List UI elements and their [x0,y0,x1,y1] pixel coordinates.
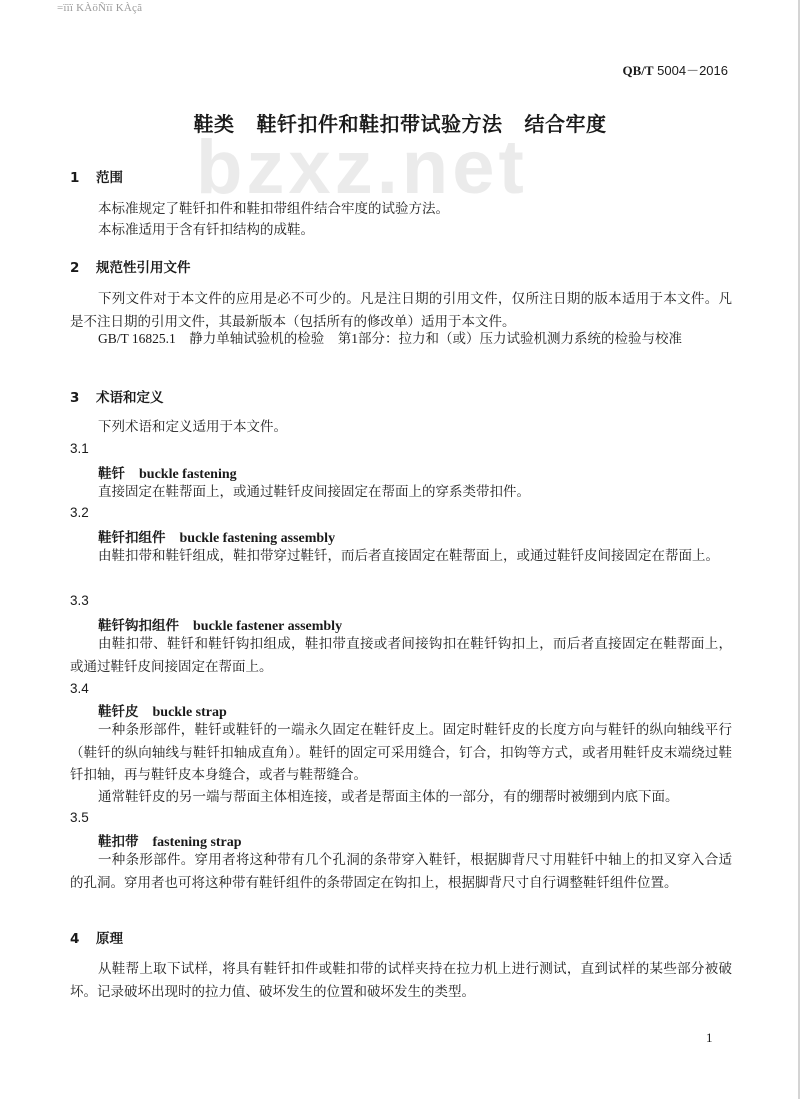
term-heading: 鞋钎扣组件buckle fastening assembly [98,526,335,547]
section-number: 2 [70,260,96,276]
term-en: buckle fastening [139,467,237,482]
watermark: bzxz.net [196,130,528,206]
section-title: 规范性引用文件 [96,260,191,276]
section-number: 3 [70,390,96,406]
section-title: 范围 [96,170,123,186]
term-en: buckle fastener assembly [193,619,342,634]
term-zh: 鞋扣带 [98,834,139,850]
scan-header-text: =ïïï KÀöÑïï KÀçã [57,2,142,14]
term-en: fastening strap [153,835,242,850]
section-2-para-1: 下列文件对于本文件的应用是必不可少的。凡是注日期的引用文件，仅所注日期的版本适用… [70,288,732,333]
section-2-heading: 2规范性引用文件 [70,256,191,276]
section-4-heading: 4原理 [70,927,123,947]
section-1-heading: 1范围 [70,166,123,186]
term-definition: 直接固定在鞋帮面上，或通过鞋钎皮间接固定在帮面上的穿系类带扣件。 [70,481,732,504]
standard-code: 5004－2016 [657,63,728,78]
term-en: buckle strap [153,705,227,720]
title-part-1: 鞋类 [194,112,235,136]
term-number: 3.2 [70,505,89,520]
title-part-3: 结合牢度 [525,112,607,136]
section-1-para-1: 本标准规定了鞋钎扣件和鞋扣带组件结合牢度的试验方法。 [70,198,732,221]
term-heading: 鞋扣带fastening strap [98,830,242,851]
section-title: 原理 [96,931,123,947]
section-number: 4 [70,931,96,947]
term-number: 3.4 [70,681,89,696]
standard-prefix: QB/T [622,63,653,78]
standard-number: QB/T 5004－2016 [622,60,728,79]
title-part-2: 鞋钎扣件和鞋扣带试验方法 [257,112,503,136]
term-zh: 鞋钎皮 [98,704,139,720]
section-3-heading: 3术语和定义 [70,386,164,406]
term-number: 3.5 [70,810,89,825]
term-heading: 鞋钎皮buckle strap [98,700,227,721]
term-en: buckle fastening assembly [180,531,336,546]
section-number: 1 [70,170,96,186]
term-note: 通常鞋钎皮的另一端与帮面主体相连接，或者是帮面主体的一部分，有的绷帮时被绷到内底… [70,786,732,809]
term-zh: 鞋钎扣组件 [98,530,166,546]
term-heading: 鞋钎buckle fastening [98,462,237,483]
term-definition: 由鞋扣带和鞋钎组成，鞋扣带穿过鞋钎，而后者直接固定在鞋帮面上，或通过鞋钎皮间接固… [70,545,732,568]
section-1-para-2: 本标准适用于含有钎扣结构的成鞋。 [70,219,732,242]
document-title: 鞋类鞋钎扣件和鞋扣带试验方法结合牢度 [0,108,800,137]
page-number: 1 [706,1030,713,1046]
section-3-para-1: 下列术语和定义适用于本文件。 [70,416,732,439]
section-title: 术语和定义 [96,390,164,406]
term-heading: 鞋钎钩扣组件buckle fastener assembly [98,614,342,635]
term-zh: 鞋钎钩扣组件 [98,618,179,634]
term-definition: 一种条形部件。穿用者将这种带有几个孔洞的条带穿入鞋钎，根据脚背尺寸用鞋钎中轴上的… [70,849,732,894]
term-zh: 鞋钎 [98,466,125,482]
term-number: 3.1 [70,441,89,456]
term-definition: 由鞋扣带、鞋钎和鞋钎钩扣组成，鞋扣带直接或者间接钩扣在鞋钎钩扣上，而后者直接固定… [70,633,732,678]
section-2-reference: GB/T 16825.1 静力单轴试验机的检验 第1部分：拉力和（或）压力试验机… [70,328,732,351]
term-definition: 一种条形部件，鞋钎或鞋钎的一端永久固定在鞋钎皮上。固定时鞋钎皮的长度方向与鞋钎的… [70,719,732,787]
section-4-para-1: 从鞋帮上取下试样，将具有鞋钎扣件或鞋扣带的试样夹持在拉力机上进行测试，直到试样的… [70,958,732,1003]
term-number: 3.3 [70,593,89,608]
